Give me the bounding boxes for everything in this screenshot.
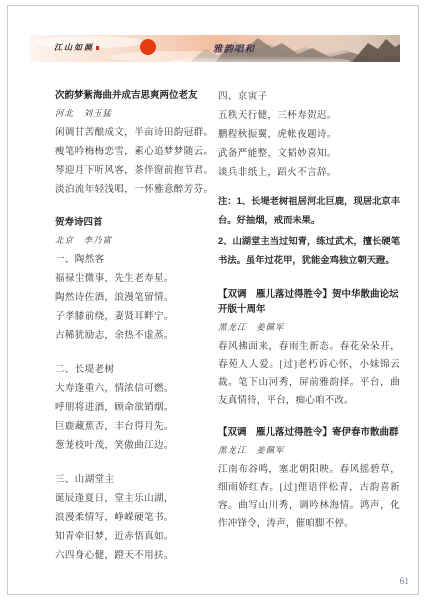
text-block: 谈兵非纸上，蹈火不言辞。	[218, 164, 400, 183]
sun-icon	[140, 39, 156, 55]
page-number: 61	[400, 577, 410, 587]
text-block: 浪漫柔情写，峥嵘硬笔书。	[55, 509, 215, 528]
text-block	[55, 346, 215, 361]
text-block: 注：1、长堤老树祖居河北巨鹿，现居北京丰台。好抽烟，戒而未果。	[218, 192, 400, 229]
text-block: 三、山湖堂主	[55, 471, 215, 490]
text-block: 知青牵旧梦，近赤悟真如。	[55, 528, 215, 547]
text-block: 瘦笔吟梅梅恋雪，素心追梦梦随云。	[55, 143, 215, 162]
text-block: 古稀犹励志，余热不虚蒸。	[55, 327, 215, 346]
text-block: 葱茏枝叶茂，笑傲曲江边。	[55, 437, 215, 456]
text-block: 六四身心健，蹬天不用扶。	[55, 547, 215, 566]
left-column: 次韵梦紫海曲并成吉思爽两位老友河北 刘玉猛闲调甘苦酿成文，半亩诗田韵冠群。瘦笔吟…	[55, 88, 215, 566]
text-block: 鹏程秋振翼，虎帐夜题诗。	[218, 126, 400, 145]
text-block: 大寿逢重六，情浓信可燃。	[55, 380, 215, 399]
text-block: 二、长堤老树	[55, 361, 215, 380]
right-column: 四、京寅子五秩天行健，三杯寿贺迟。鹏程秋振翼，虎帐夜题诗。武备严能整，文韬妙喜知…	[218, 88, 400, 533]
text-block: 子孝膝前绕，妻贤耳畔宁。	[55, 308, 215, 327]
text-block: 一、陶然客	[55, 251, 215, 270]
text-block: 巨鹿藏蕉否，丰台得月先。	[55, 418, 215, 437]
text-block	[55, 456, 215, 471]
text-block: 陶然诗佐酒，浪漫笔留情。	[55, 289, 215, 308]
text-block: 江南布谷鸣，塞北朝阳映。春风摇碧草，细雨娇红杏。[过]俚语伴松青，古韵喜新容。曲…	[218, 461, 400, 533]
text-block: 次韵梦紫海曲并成吉思爽两位老友	[55, 88, 215, 103]
text-block: 贺寿诗四首	[55, 215, 215, 230]
scanned-poetry-page: { "header": { "calligraphy_left": "江山如画"…	[0, 0, 426, 600]
text-block	[218, 183, 400, 192]
banner-calligraphy-center: 雅韵唱和	[213, 41, 255, 55]
text-block	[55, 200, 215, 215]
text-block: 2、山湖堂主当过知青，练过武术，擅长硬笔书法。虽年过花甲，犹能金鸡独立朝天蹬。	[218, 232, 400, 269]
text-block: 武备严能整，文韬妙喜知。	[218, 145, 400, 164]
banner-calligraphy-left: 江山如画	[54, 42, 99, 53]
text-block: 黑龙江 姜佩军	[218, 320, 400, 335]
text-block: 北京 李乃富	[55, 233, 215, 248]
header-banner: 江山如画 雅韵唱和	[30, 35, 400, 62]
text-block: 闲调甘苦酿成文，半亩诗田韵冠群。	[55, 124, 215, 143]
text-block: 河北 刘玉猛	[55, 106, 215, 121]
text-block	[218, 410, 400, 425]
text-block: 【双调 雁儿落过得胜令】贺中华散曲论坛开版十周年	[218, 287, 400, 317]
text-block: 春风拂面来，春雨生新态。春花朵朵开，春苑人人爱。[过]老朽诉心怀，小妹锦云裁。笔…	[218, 338, 400, 410]
text-block: 诞辰逢夏日，堂主乐山湖，	[55, 490, 215, 509]
text-block	[218, 272, 400, 287]
text-block: 福禄尘微事，先生老寿星。	[55, 270, 215, 289]
text-block: 呼朋将进酒，顾命欲销烟。	[55, 399, 215, 418]
text-block: 四、京寅子	[218, 88, 400, 107]
text-block: 黑龙江 姜佩军	[218, 443, 400, 458]
text-block: 淡泊流年轻浅唱，一怀雅意醉芳芬。	[55, 181, 215, 200]
banner-calligraphy-left-text: 江山如画	[54, 43, 94, 52]
text-block: 【双调 雁儿落过得胜令】寄伊春市散曲群	[218, 425, 400, 440]
red-seal-icon	[96, 46, 99, 50]
text-block: 琴迎月下听风客，茶伴窗前抱节君。	[55, 162, 215, 181]
text-block: 五秩天行健，三杯寿贺迟。	[218, 107, 400, 126]
